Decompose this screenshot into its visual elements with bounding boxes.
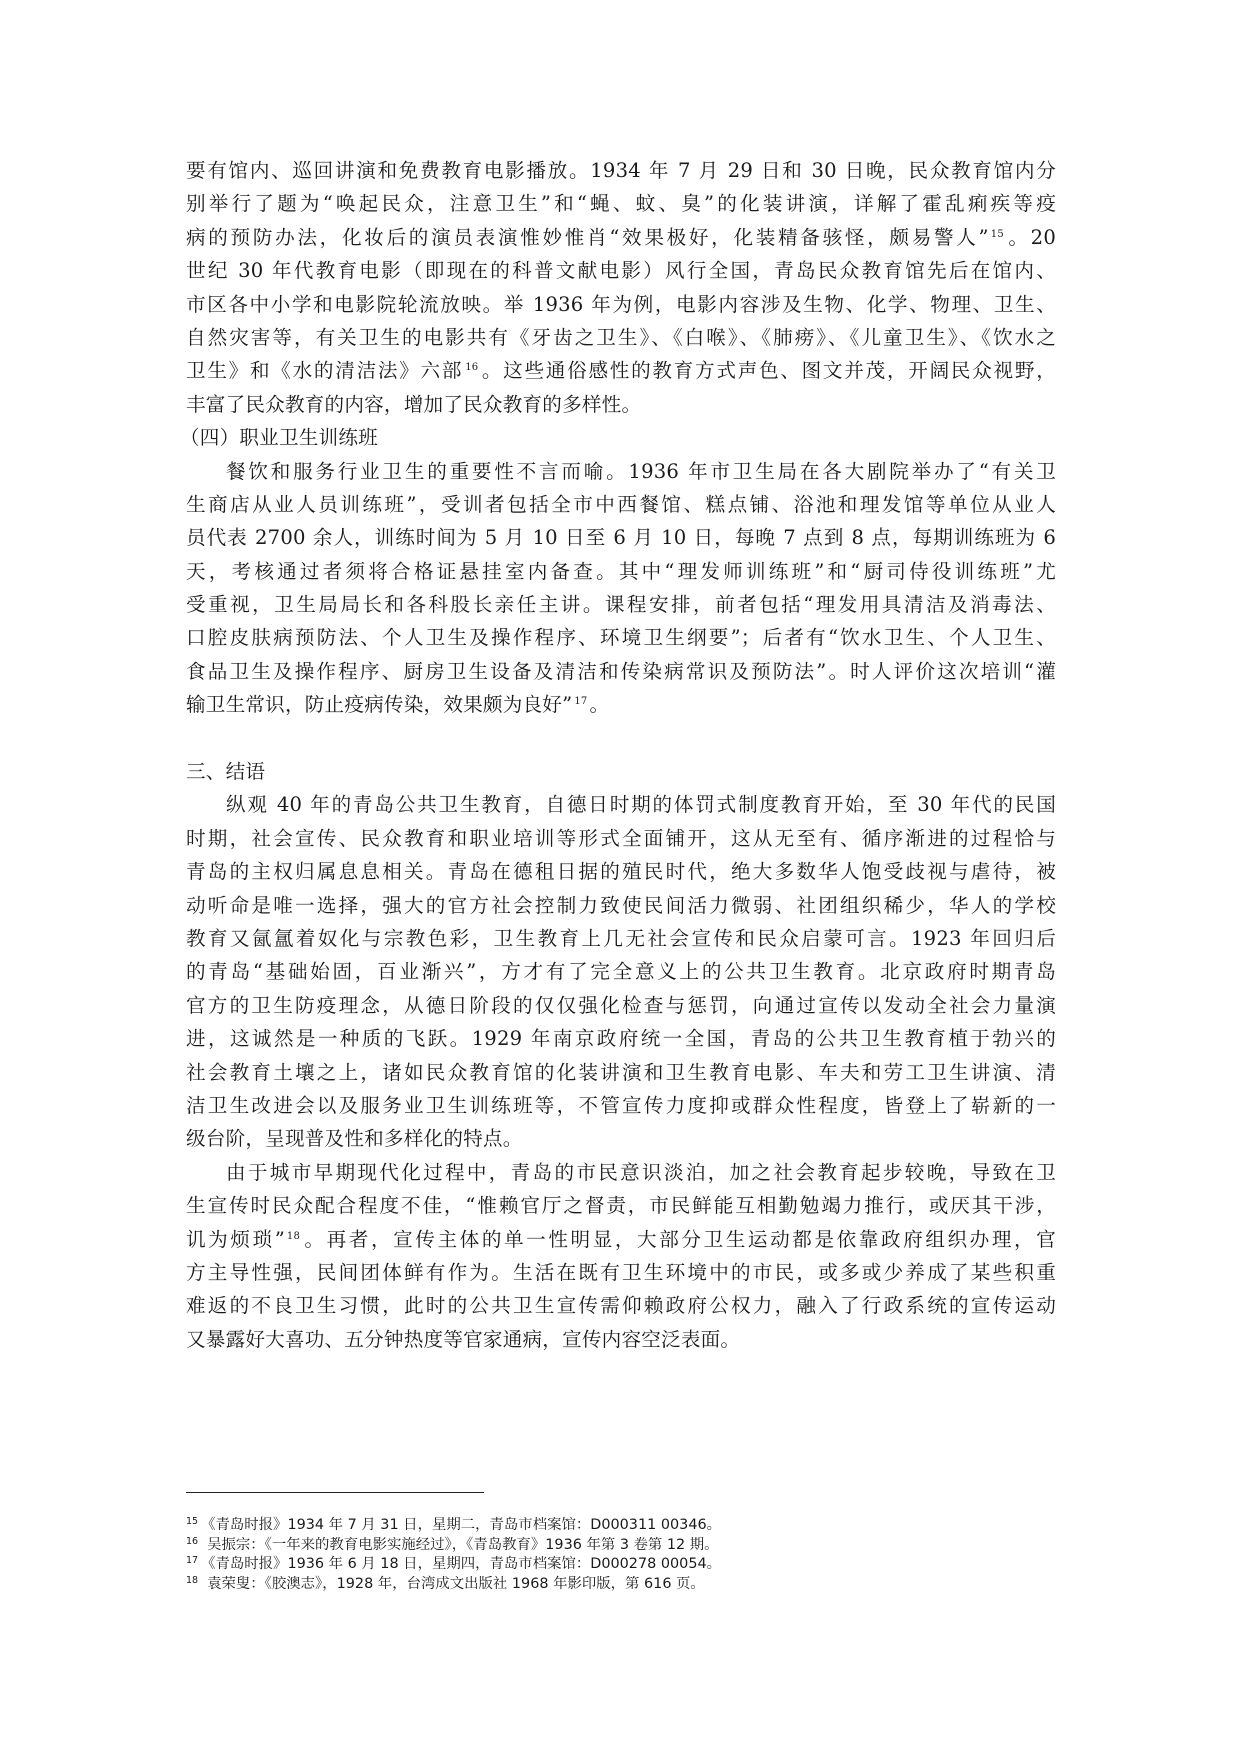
text-line: 卫生》和《水的清洁法》六部16。这些通俗感性的教育方式声色、图文并茂，开阔民众视… <box>186 354 1056 387</box>
footnote-number: 18 <box>186 1575 198 1586</box>
text-line: 要有馆内、巡回讲演和免费教育电影播放。1934 年 7 月 29 日和 30 日… <box>186 154 1056 187</box>
text-line: 又暴露好大喜功、五分钟热度等官家通病，宣传内容空泛表面。 <box>186 1323 1056 1356</box>
text-line: 市区各中小学和电影院轮流放映。举 1936 年为例，电影内容涉及生物、化学、物理… <box>186 288 1056 321</box>
footnote-text: 《青岛时报》1936 年 6 月 18 日，星期四，青岛市档案馆：D000278… <box>201 1556 721 1572</box>
footnote-text: 吴振宗：《一年来的教育电影实施经过》，《青岛教育》1936 年第 3 卷第 12… <box>207 1537 718 1553</box>
text-line: 口腔皮肤病预防法、个人卫生及操作程序、环境卫生纲要”；后者有“饮水卫生、个人卫生… <box>186 621 1056 654</box>
footnote-number: 16 <box>186 1536 198 1547</box>
document-page: 要有馆内、巡回讲演和免费教育电影播放。1934 年 7 月 29 日和 30 日… <box>0 0 1241 1754</box>
text-line: 动听命是唯一选择，强大的官方社会控制力致使民间活力微弱、社团组织稀少，华人的学校 <box>186 889 1056 922</box>
footnote-15: 15《青岛时报》1934 年 7 月 31 日，星期二，青岛市档案馆：D0003… <box>186 1516 1086 1536</box>
text-line: 社会教育土壤之上，诸如民众教育馆的化装讲演和卫生教育电影、车夫和劳工卫生讲演、清 <box>186 1056 1056 1089</box>
subheading-vocational-training: （四）职业卫生训练班 <box>180 421 1056 454</box>
section-heading-conclusion: 三、结语 <box>186 755 1056 788</box>
footnote-number: 17 <box>186 1555 198 1566</box>
paragraph-education-museum: 要有馆内、巡回讲演和免费教育电影播放。1934 年 7 月 29 日和 30 日… <box>186 154 1056 421</box>
text-line: 方主导性强，民间团体鲜有作为。生活在既有卫生环境中的市民，或多或少养成了某些积重 <box>186 1256 1056 1289</box>
text-line: 丰富了民众教育的内容，增加了民众教育的多样性。 <box>186 388 1056 421</box>
paragraph-conclusion-overview: 纵观 40 年的青岛公共卫生教育，自德日时期的体罚式制度教育开始，至 30 年代… <box>186 788 1056 1155</box>
text-line: 教育又氤氲着奴化与宗教色彩，卫生教育上几无社会宣传和民众启蒙可言。1923 年回… <box>186 922 1056 955</box>
footnote-ref-18[interactable]: 18 <box>287 1231 300 1242</box>
footnote-ref-15[interactable]: 15 <box>991 229 1004 240</box>
footnote-text: 《青岛时报》1934 年 7 月 31 日，星期二，青岛市档案馆：D000311… <box>201 1517 721 1533</box>
text-line: 天，考核通过者须将合格证悬挂室内备查。其中“理发师训练班”和“厨司侍役训练班”尤 <box>186 555 1056 588</box>
text-line: 讥为烦琐”18。再者，宣传主体的单一性明显，大部分卫生运动都是依靠政府组织办理，… <box>186 1223 1056 1256</box>
footnote-separator <box>186 1492 484 1493</box>
footnote-16: 16吴振宗：《一年来的教育电影实施经过》，《青岛教育》1936 年第 3 卷第 … <box>186 1536 1086 1556</box>
text-line: 食品卫生及操作程序、厨房卫生设备及清洁和传染病常识及预防法”。时人评价这次培训“… <box>186 655 1056 688</box>
footnote-ref-16[interactable]: 16 <box>465 362 478 373</box>
footnote-number: 15 <box>186 1516 198 1527</box>
footnote-18: 18袁荣叟：《胶澳志》，1928 年，台湾成文出版社 1968 年影印版，第 6… <box>186 1575 1086 1595</box>
text-line: 难返的不良卫生习惯，此时的公共卫生宣传需仰赖政府公权力，融入了行政系统的宣传运动 <box>186 1289 1056 1322</box>
spacer <box>186 722 1056 755</box>
text-line: 洁卫生改进会以及服务业卫生训练班等，不管宣传力度抑或群众性程度，皆登上了崭新的一 <box>186 1089 1056 1122</box>
text-line: 自然灾害等，有关卫生的电影共有《牙齿之卫生》、《白喉》、《肺痨》、《儿童卫生》、… <box>186 321 1056 354</box>
body-text: 要有馆内、巡回讲演和免费教育电影播放。1934 年 7 月 29 日和 30 日… <box>186 154 1056 1356</box>
text-line: 生商店从业人员训练班”，受训者包括全市中西餐馆、糕点铺、浴池和理发馆等单位从业人 <box>186 488 1056 521</box>
footnote-17: 17《青岛时报》1936 年 6 月 18 日，星期四，青岛市档案馆：D0002… <box>186 1555 1086 1575</box>
text-line: 的青岛“基础始固，百业渐兴”，方才有了完全意义上的公共卫生教育。北京政府时期青岛 <box>186 955 1056 988</box>
paragraph-vocational-training: 餐饮和服务行业卫生的重要性不言而喻。1936 年市卫生局在各大剧院举办了“有关卫… <box>186 455 1056 722</box>
footnote-ref-17[interactable]: 17 <box>574 696 587 707</box>
paragraph-conclusion-limitations: 由于城市早期现代化过程中，青岛的市民意识淡泊，加之社会教育起步较晚，导致在卫 生… <box>186 1156 1056 1356</box>
text-line: 受重视，卫生局局长和各科股长亲任主讲。课程安排，前者包括“理发用具清洁及消毒法、 <box>186 588 1056 621</box>
text-line: 输卫生常识，防止疫病传染，效果颇为良好”17。 <box>186 688 1056 721</box>
text-line: 世纪 30 年代教育电影（即现在的科普文献电影）风行全国，青岛民众教育馆先后在馆… <box>186 254 1056 287</box>
text-line: 进，这诚然是一种质的飞跃。1929 年南京政府统一全国，青岛的公共卫生教育植于勃… <box>186 1022 1056 1055</box>
text-line: 青岛的主权归属息息相关。青岛在德租日据的殖民时代，绝大多数华人饱受歧视与虐待，被 <box>186 855 1056 888</box>
text-line: 别举行了题为“唤起民众，注意卫生”和“蝇、蚊、臭”的化装讲演，详解了霍乱痢疾等疫 <box>186 187 1056 220</box>
text-line: 员代表 2700 余人，训练时间为 5 月 10 日至 6 月 10 日，每晚 … <box>186 521 1056 554</box>
text-line: 餐饮和服务行业卫生的重要性不言而喻。1936 年市卫生局在各大剧院举办了“有关卫 <box>186 455 1056 488</box>
text-line: 级台阶，呈现普及性和多样化的特点。 <box>186 1122 1056 1155</box>
footnotes: 15《青岛时报》1934 年 7 月 31 日，星期二，青岛市档案馆：D0003… <box>186 1516 1086 1594</box>
text-line: 纵观 40 年的青岛公共卫生教育，自德日时期的体罚式制度教育开始，至 30 年代… <box>186 788 1056 821</box>
text-line: 由于城市早期现代化过程中，青岛的市民意识淡泊，加之社会教育起步较晚，导致在卫 <box>186 1156 1056 1189</box>
text-line: 官方的卫生防疫理念，从德日阶段的仅仅强化检查与惩罚，向通过宣传以发动全社会力量演 <box>186 989 1056 1022</box>
text-line: 病的预防办法，化妆后的演员表演惟妙惟肖“效果极好，化装精备骇怪，颇易警人”15。… <box>186 221 1056 254</box>
text-line: 时期，社会宣传、民众教育和职业培训等形式全面铺开，这从无至有、循序渐进的过程恰与 <box>186 822 1056 855</box>
footnote-text: 袁荣叟：《胶澳志》，1928 年，台湾成文出版社 1968 年影印版，第 616… <box>207 1576 705 1592</box>
text-line: 生宣传时民众配合程度不佳，“惟赖官厅之督责，市民鲜能互相勤勉竭力推行，或厌其干涉… <box>186 1189 1056 1222</box>
